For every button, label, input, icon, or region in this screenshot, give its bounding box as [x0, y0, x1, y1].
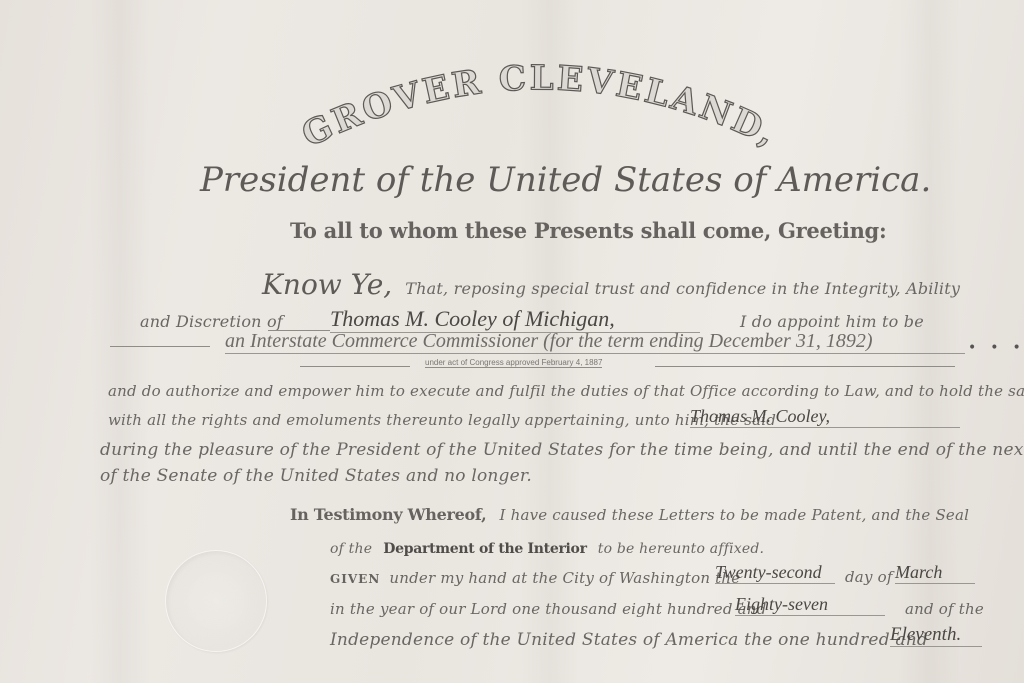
appointee-name-field: Thomas M. Cooley of Michigan, [330, 306, 700, 333]
body-text: That, reposing special trust and confide… [405, 279, 960, 298]
department-line: of the Department of the Interior to be … [330, 538, 764, 557]
body-text: of the [330, 541, 372, 557]
paper-fold-shadow [90, 0, 150, 683]
body-text: day of [845, 568, 893, 586]
appointee-line: and Discretion of [140, 312, 283, 331]
given-lead: GIVEN [330, 572, 380, 586]
body-text: and Discretion of [140, 312, 283, 331]
body-text: I do appoint him to be [740, 312, 924, 331]
embossed-seal [165, 550, 267, 652]
president-name-heading: GROVER CLEVELAND, [290, 52, 790, 162]
body-text: under my hand at the City of Washington … [389, 569, 740, 587]
body-text: of the Senate of the United States and n… [100, 466, 532, 486]
appointee-short-field: Thomas M. Cooley, [690, 406, 960, 428]
year-field: Eighty-seven [735, 594, 885, 616]
body-text: and of the [905, 600, 984, 618]
president-name: GROVER CLEVELAND, [296, 58, 785, 155]
testimony-line: In Testimony Whereof, I have caused thes… [290, 505, 969, 524]
body-text: to be hereunto affixed. [598, 541, 764, 557]
appointee-short-line: with all the rights and emoluments there… [108, 410, 776, 429]
body-text: and do authorize and empower him to exec… [108, 382, 1024, 400]
given-line: GIVEN under my hand at the City of Washi… [330, 568, 740, 587]
testimony-heading: In Testimony Whereof, [290, 505, 486, 524]
decorative-dots: ••• [968, 340, 1024, 356]
month-field: March [895, 562, 975, 584]
department-name: Department of the Interior [383, 541, 586, 557]
know-ye: Know Ye, [262, 268, 392, 301]
blank-rule [110, 346, 210, 347]
know-ye-line: Know Ye, That, reposing special trust an… [262, 268, 960, 301]
independence-year-field: Eleventh. [890, 624, 982, 647]
office-note: under act of Congress approved February … [425, 358, 602, 368]
presidential-title: President of the United States of Americ… [200, 160, 931, 200]
body-text: during the pleasure of the President of … [100, 440, 1024, 460]
greeting-line: To all to whom these Presents shall come… [290, 218, 886, 243]
blank-rule [300, 366, 410, 367]
day-field: Twenty-second [715, 562, 835, 584]
body-text: I have caused these Letters to be made P… [499, 506, 969, 524]
office-field: an Interstate Commerce Commissioner (for… [225, 330, 965, 354]
body-text: in the year of our Lord one thousand eig… [330, 600, 766, 618]
body-text: Independence of the United States of Ame… [330, 630, 928, 650]
svg-text:GROVER CLEVELAND,: GROVER CLEVELAND, [296, 58, 785, 155]
blank-rule [655, 366, 955, 367]
body-text: with all the rights and emoluments there… [108, 411, 776, 429]
